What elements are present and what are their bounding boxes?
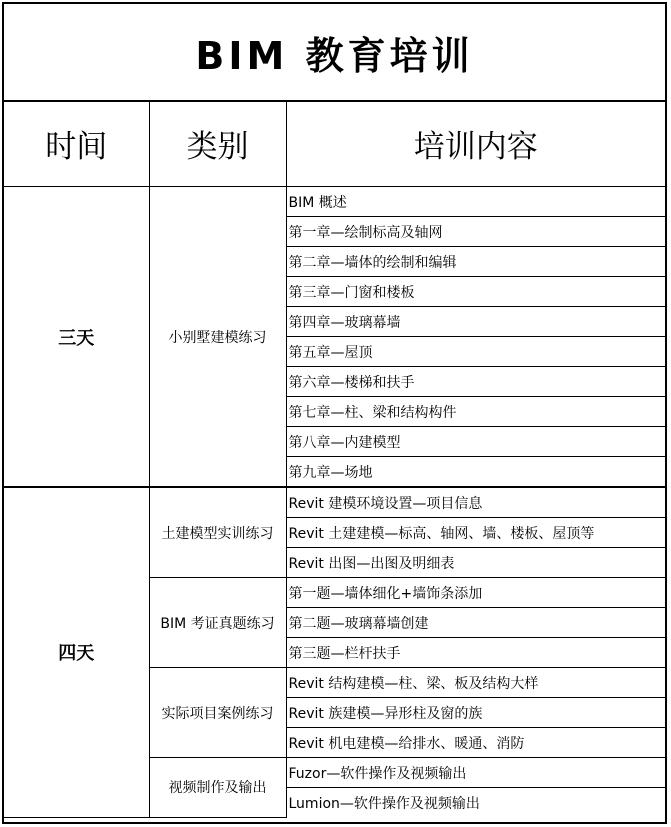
schedule-table: 时间 类别 培训内容 三天小别墅建模练习BIM 概述第一章—绘制标高及轴网第二章… <box>4 101 665 818</box>
content-cell: 第七章—柱、梁和结构构件 <box>286 397 665 427</box>
content-cell: 第三题—栏杆扶手 <box>286 638 665 668</box>
content-cell: Revit 出图—出图及明细表 <box>286 548 665 578</box>
content-cell: Revit 土建建模—标高、轴网、墙、楼板、屋顶等 <box>286 518 665 548</box>
content-cell: 第三章—门窗和楼板 <box>286 277 665 307</box>
content-cell: Lumion—软件操作及视频输出 <box>286 788 665 818</box>
content-cell: 第六章—楼梯和扶手 <box>286 367 665 397</box>
duration-cell: 四天 <box>4 487 149 817</box>
category-cell: 小别墅建模练习 <box>149 187 286 488</box>
category-cell: 实际项目案例练习 <box>149 668 286 758</box>
header-content: 培训内容 <box>286 101 665 187</box>
content-cell: Revit 建模环境设置—项目信息 <box>286 487 665 518</box>
content-cell: 第四章—玻璃幕墙 <box>286 307 665 337</box>
content-cell: Fuzor—软件操作及视频输出 <box>286 758 665 788</box>
content-cell: Revit 结构建模—柱、梁、板及结构大样 <box>286 668 665 698</box>
training-schedule-document: BIM 教育培训 时间 类别 培训内容 三天小别墅建模练习BIM 概述第一章—绘… <box>2 2 667 824</box>
content-cell: 第二章—墙体的绘制和编辑 <box>286 247 665 277</box>
content-cell: BIM 概述 <box>286 187 665 217</box>
header-category: 类别 <box>149 101 286 187</box>
content-cell: 第九章—场地 <box>286 457 665 488</box>
category-cell: 土建模型实训练习 <box>149 487 286 578</box>
header-time: 时间 <box>4 101 149 187</box>
category-cell: 视频制作及输出 <box>149 758 286 818</box>
content-cell: 第一章—绘制标高及轴网 <box>286 217 665 247</box>
content-cell: 第一题—墙体细化+墙饰条添加 <box>286 578 665 608</box>
content-cell: Revit 族建模—异形柱及窗的族 <box>286 698 665 728</box>
content-cell: 第二题—玻璃幕墙创建 <box>286 608 665 638</box>
content-cell: 第五章—屋顶 <box>286 337 665 367</box>
category-cell: BIM 考证真题练习 <box>149 578 286 668</box>
header-row: 时间 类别 培训内容 <box>4 101 665 187</box>
content-cell: Revit 机电建模—给排水、暖通、消防 <box>286 728 665 758</box>
duration-cell: 三天 <box>4 187 149 488</box>
document-title: BIM 教育培训 <box>4 4 665 102</box>
content-cell: 第八章—内建模型 <box>286 427 665 457</box>
table-row: 四天土建模型实训练习Revit 建模环境设置—项目信息 <box>4 487 665 518</box>
table-row: 三天小别墅建模练习BIM 概述 <box>4 187 665 217</box>
